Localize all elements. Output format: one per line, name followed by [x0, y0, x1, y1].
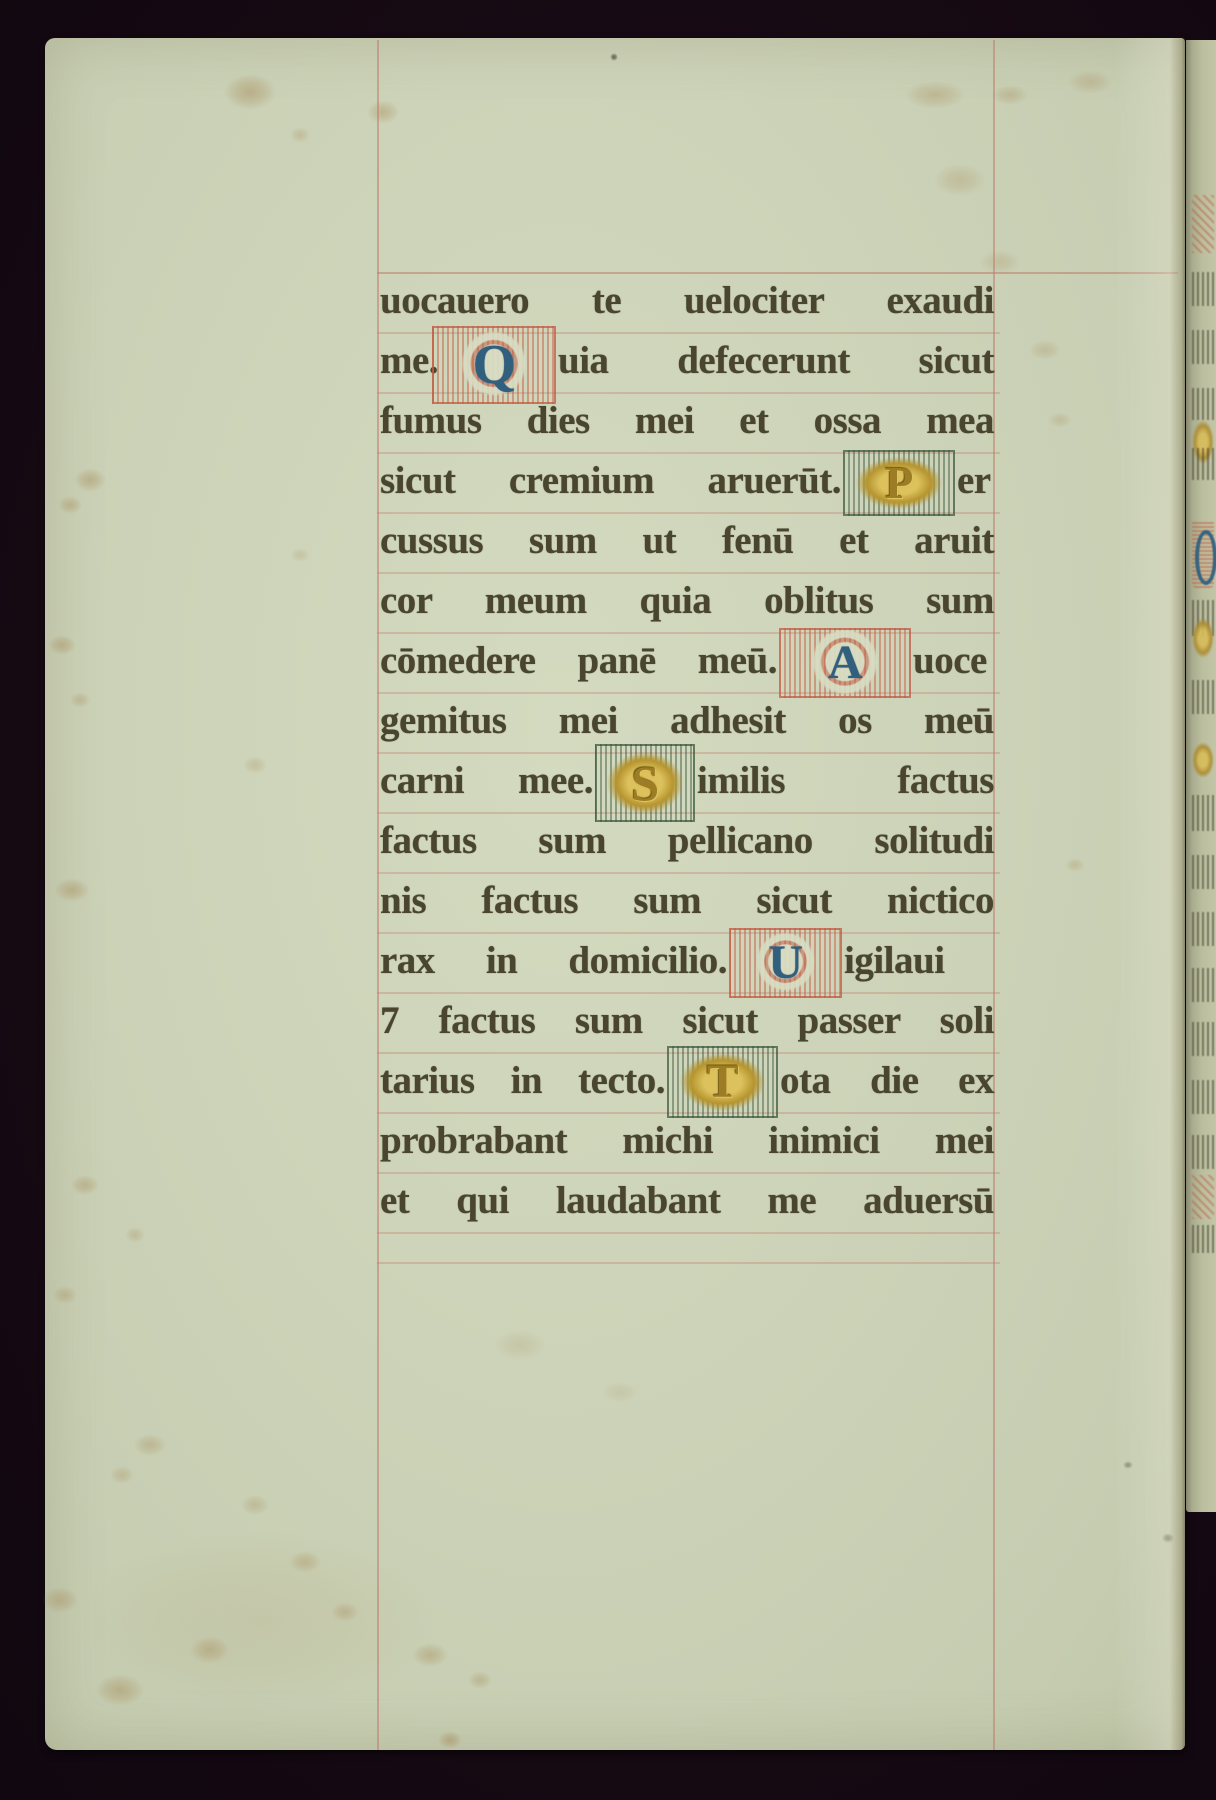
foxing-stain [367, 100, 399, 124]
illuminated-initial-s: S [595, 744, 695, 822]
illuminated-initial-p: P [843, 450, 955, 516]
foxing-stain [992, 85, 1028, 105]
facing-page-edge [1186, 40, 1216, 1512]
illuminated-initial-q: Q [432, 326, 556, 404]
foxing-stain [1048, 412, 1072, 428]
red-penwork-fragment [1192, 1175, 1214, 1219]
initial-letter: A [828, 636, 862, 690]
line-text: fumus dies mei et ossa mea [380, 394, 994, 448]
foxing-stain [71, 1175, 99, 1195]
line-text-before-initial: tarius in tecto. [380, 1054, 665, 1108]
initial-letter: U [768, 936, 802, 990]
line-text: uocauero te uelociter exaudi [380, 274, 994, 328]
foxing-stain [53, 1286, 77, 1304]
partial-text-fragment [1192, 448, 1214, 480]
foxing-stain [48, 635, 76, 655]
text-line: fumus dies mei et ossa mea [380, 394, 994, 452]
foxing-stain [1029, 340, 1061, 360]
foxing-stain [980, 250, 1020, 274]
illuminated-initial-a: A [779, 628, 911, 698]
initial-letter: P [885, 456, 913, 510]
line-text: cussus sum ut fenū et aruit [380, 514, 994, 568]
initial-letter: S [631, 756, 658, 810]
foxing-stain [80, 1530, 440, 1710]
text-line: rax in domicilio.Uigilaui [380, 934, 994, 992]
gold-accent-fragment [1192, 742, 1214, 778]
foxing-stain [58, 496, 82, 514]
partial-text-fragment [1192, 388, 1214, 420]
partial-text-fragment [1192, 1022, 1214, 1056]
line-text: cor meum quia oblitus sum [380, 574, 994, 628]
foxing-stain [290, 127, 310, 143]
foxing-stain [243, 756, 267, 774]
foxing-stain [1068, 70, 1112, 94]
foxing-stain [290, 548, 310, 562]
foxing-stain [494, 1330, 546, 1360]
partial-text-fragment [1192, 1135, 1214, 1169]
text-line: et qui laudabant me aduersū [380, 1174, 994, 1232]
initial-letter: Q [472, 338, 515, 392]
line-text-after-initial: uoce [913, 634, 994, 688]
ink-speck [610, 53, 618, 61]
foxing-stain [54, 878, 90, 902]
text-line: cōmedere panē meū.Auoce [380, 634, 994, 692]
foxing-stain [934, 164, 986, 196]
illuminated-initial-t: T [667, 1046, 778, 1118]
foxing-stain [224, 74, 276, 110]
foxing-stain [96, 1674, 144, 1706]
foxing-stain [602, 1382, 638, 1402]
line-text: 7 factus sum sicut passer soli [380, 994, 994, 1048]
foxing-stain [331, 1602, 359, 1622]
line-text-before-initial: cōmedere panē meū. [380, 634, 777, 688]
partial-text-fragment [1192, 855, 1214, 889]
text-line: cor meum quia oblitus sum [380, 574, 994, 632]
line-text-before-initial: carni mee. [380, 754, 593, 808]
line-text-after-initial: imilis factus [697, 754, 994, 808]
partial-text-fragment [1192, 330, 1214, 364]
line-text-before-initial: me. [380, 334, 430, 388]
illuminated-initial-u: U [729, 928, 842, 998]
foxing-stain [412, 1643, 448, 1667]
foxing-stain [289, 1551, 321, 1573]
text-line: sicut cremium aruerūt.Per [380, 454, 994, 512]
text-line: cussus sum ut fenū et aruit [380, 514, 994, 572]
foxing-stain [438, 1731, 462, 1749]
page-fore-edge [1115, 38, 1185, 1750]
foxing-stain [905, 81, 965, 109]
red-penwork-fragment [1192, 195, 1214, 253]
foxing-stain [125, 1227, 145, 1243]
line-text-after-initial: igilaui [844, 934, 994, 988]
foxing-stain [241, 1495, 269, 1515]
foxing-stain [468, 1671, 492, 1689]
line-text: nis factus sum sicut nictico [380, 874, 994, 928]
initial-letter: T [707, 1055, 739, 1109]
text-line: 7 factus sum sicut passer soli [380, 994, 994, 1052]
partial-text-fragment [1192, 912, 1214, 946]
foxing-stain [110, 1466, 134, 1484]
text-line: carni mee.Similis factus [380, 754, 994, 812]
blue-initial-fragment [1192, 520, 1214, 588]
line-text: gemitus mei adhesit os meū [380, 694, 994, 748]
foxing-stain [1065, 858, 1085, 872]
line-text-before-initial: rax in domicilio. [380, 934, 727, 988]
text-line: nis factus sum sicut nictico [380, 874, 994, 932]
line-text-after-initial: er [957, 454, 994, 508]
line-text-before-initial: sicut cremium aruerūt. [380, 454, 841, 508]
foxing-stain [134, 1434, 166, 1456]
line-text: et qui laudabant me aduersū [380, 1174, 994, 1228]
line-text: factus sum pellicano solitudi [380, 814, 994, 868]
line-text-after-initial: uia defecerunt sicut [558, 334, 994, 388]
text-line: probrabant michi inimici mei [380, 1114, 994, 1172]
text-line: factus sum pellicano solitudi [380, 814, 994, 872]
line-text: probrabant michi inimici mei [380, 1114, 994, 1168]
text-line: me.Quia defecerunt sicut [380, 334, 994, 392]
partial-text-fragment [1192, 1225, 1214, 1253]
text-line: uocauero te uelociter exaudi [380, 274, 994, 332]
text-line: tarius in tecto.Tota die ex [380, 1054, 994, 1112]
partial-text-fragment [1192, 1080, 1214, 1114]
foxing-stain [42, 1587, 78, 1613]
line-text-after-initial: ota die ex [780, 1054, 994, 1108]
ruling-line [377, 40, 379, 1750]
ruling-line [377, 1232, 1000, 1234]
partial-text-fragment [1192, 795, 1214, 831]
ruling-line [377, 1262, 1000, 1264]
foxing-stain [190, 1636, 230, 1664]
foxing-stain [70, 692, 90, 708]
partial-text-fragment [1192, 968, 1214, 1002]
gold-accent-fragment [1192, 618, 1214, 658]
partial-text-fragment [1192, 680, 1214, 714]
manuscript-page: uocauero te uelociter exaudime.Quia defe… [45, 38, 1185, 1750]
partial-text-fragment [1192, 272, 1214, 306]
foxing-stain [74, 468, 106, 492]
